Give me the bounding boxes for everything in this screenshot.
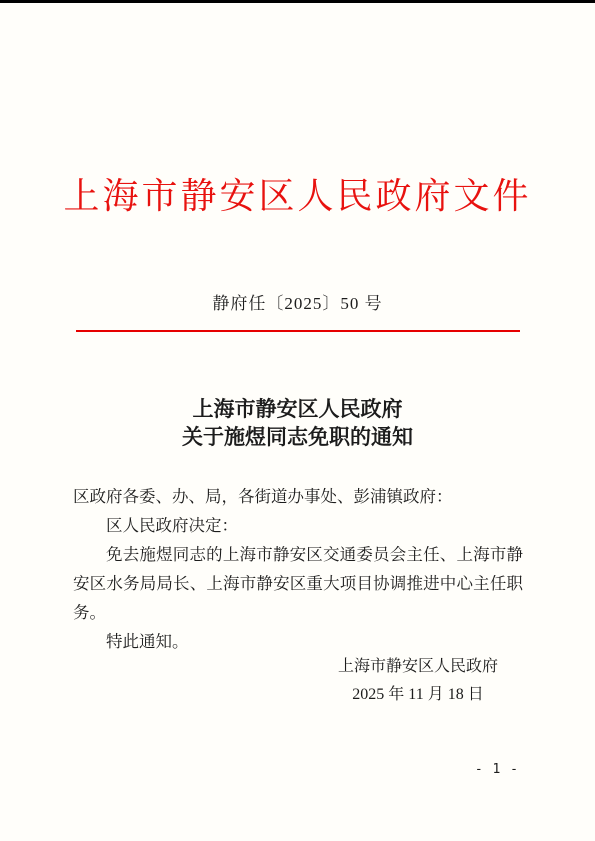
document-reference-number: 静府任〔2025〕50 号 (0, 289, 595, 314)
body-closing: 特此通知。 (73, 627, 523, 656)
notice-body: 区政府各委、办、局，各街道办事处、彭浦镇政府： 区人民政府决定： 免去施煜同志的… (73, 482, 523, 656)
body-decision-intro: 区人民政府决定： (73, 511, 523, 540)
notice-title-line2: 关于施煜同志免职的通知 (0, 423, 595, 451)
body-decision-detail: 免去施煜同志的上海市静安区交通委员会主任、上海市静安区水务局局长、上海市静安区重… (73, 540, 523, 627)
signature-block: 上海市静安区人民政府 2025 年 11 月 18 日 (338, 653, 498, 709)
signature-date: 2025 年 11 月 18 日 (338, 681, 498, 709)
page-number: - 1 - (475, 762, 519, 777)
notice-title-line1: 上海市静安区人民政府 (0, 395, 595, 423)
signature-issuer: 上海市静安区人民政府 (338, 653, 498, 681)
red-divider-line (76, 330, 520, 332)
page-top-divider (0, 0, 595, 3)
notice-title: 上海市静安区人民政府 关于施煜同志免职的通知 (0, 395, 595, 451)
government-letterhead-title: 上海市静安区人民政府文件 (0, 168, 595, 219)
body-salutation: 区政府各委、办、局，各街道办事处、彭浦镇政府： (73, 482, 523, 511)
document-page: 上海市静安区人民政府文件 静府任〔2025〕50 号 上海市静安区人民政府 关于… (0, 0, 595, 841)
